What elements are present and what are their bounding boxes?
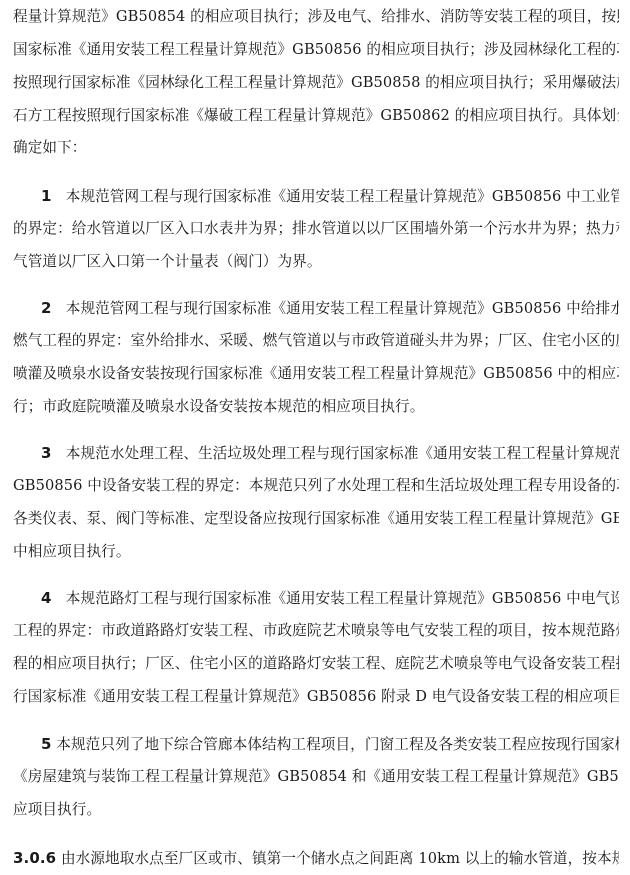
text-line: 工程的界定：市政道路路灯安装工程、市政庭院艺术喷泉等电气安装工程的项目，按本规范… (13, 621, 619, 641)
item-number: 4 (41, 589, 52, 607)
text-line: 行国家标准《通用安装工程工程量计算规范》GB50856 附录 D 电气设备安装工… (13, 687, 619, 707)
text-line: 国家标准《通用安装工程工程量计算规范》GB50856 的相应项目执行；涉及园林绿… (13, 40, 619, 60)
clause-number: 3.0.6 (13, 849, 56, 867)
item-text: 本规范管网工程与现行国家标准《通用安装工程工程量计算规范》GB50856 中给排… (66, 300, 619, 317)
item-text: 本规范管网工程与现行国家标准《通用安装工程工程量计算规范》GB50856 中工业… (66, 188, 619, 205)
item-text: 本规范路灯工程与现行国家标准《通用安装工程工程量计算规范》GB50856 中电气… (66, 590, 619, 607)
item-number: 2 (41, 299, 52, 317)
item-text: 本规范水处理工程、生活垃圾处理工程与现行国家标准《通用安装工程工程量计算规范》 (66, 445, 619, 462)
text-line: 《房屋建筑与装饰工程工程量计算规范》GB50854 和《通用安装工程工程量计算规… (13, 767, 619, 787)
text-line: 程的相应项目执行；厂区、住宅小区的道路路灯安装工程、庭院艺术喷泉等电气设备安装工… (13, 654, 619, 674)
text-line: 燃气工程的界定：室外给排水、采暖、燃气管道以与市政管道碰头井为界；厂区、住宅小区… (13, 331, 619, 351)
text-line: 1 本规范管网工程与现行国家标准《通用安装工程工程量计算规范》GB50856 中… (41, 186, 619, 206)
text-line: 4 本规范路灯工程与现行国家标准《通用安装工程工程量计算规范》GB50856 中… (41, 588, 619, 608)
text-line: 3 本规范水处理工程、生活垃圾处理工程与现行国家标准《通用安装工程工程量计算规范… (41, 443, 619, 463)
clause-text: 由水源地取水点至厂区或市、镇第一个储水点之间距离 10km 以上的输水管道，按本… (61, 850, 619, 867)
item-number: 5 (41, 735, 52, 753)
item-text: 本规范只列了地下综合管廊本体结构工程项目，门窗工程及各类安装工程应按现行国家标准 (56, 736, 619, 753)
text-line: 3.0.6 由水源地取水点至厂区或市、镇第一个储水点之间距离 10km 以上的输… (13, 848, 619, 868)
text-line: 中相应项目执行。 (13, 542, 619, 562)
text-line: 确定如下： (13, 138, 619, 158)
item-number: 1 (41, 187, 52, 205)
text-line: 5 本规范只列了地下综合管廊本体结构工程项目，门窗工程及各类安装工程应按现行国家… (41, 734, 619, 754)
text-line: 喷灌及喷泉水设备安装按现行国家标准《通用安装工程工程量计算规范》GB50856 … (13, 364, 619, 384)
text-line: 各类仪表、泵、阀门等标准、定型设备应按现行国家标准《通用安装工程工程量计算规范》… (13, 509, 619, 529)
text-line: 2 本规范管网工程与现行国家标准《通用安装工程工程量计算规范》GB50856 中… (41, 298, 619, 318)
text-line: 应项目执行。 (13, 800, 619, 820)
text-line: 的界定：给水管道以厂区入口水表井为界；排水管道以以厂区围墙外第一个污水井为界；热… (13, 219, 619, 239)
item-number: 3 (41, 444, 52, 462)
text-line: 气管道以厂区入口第一个计量表（阀门）为界。 (13, 252, 619, 272)
text-line: 行；市政庭院喷灌及喷泉水设备安装按本规范的相应项目执行。 (13, 397, 619, 417)
text-line: 程量计算规范》GB50854 的相应项目执行；涉及电气、给排水、消防等安装工程的… (13, 7, 619, 27)
text-line: 石方工程按照现行国家标准《爆破工程工程量计算规范》GB50862 的相应项目执行… (13, 106, 619, 126)
text-line: GB50856 中设备安装工程的界定：本规范只列了水处理工程和生活垃圾处理工程专… (13, 476, 619, 496)
document-page: 程量计算规范》GB50854 的相应项目执行；涉及电气、给排水、消防等安装工程的… (0, 0, 630, 875)
text-line: 按照现行国家标准《园林绿化工程工程量计算规范》GB50858 的相应项目执行；采… (13, 73, 619, 93)
